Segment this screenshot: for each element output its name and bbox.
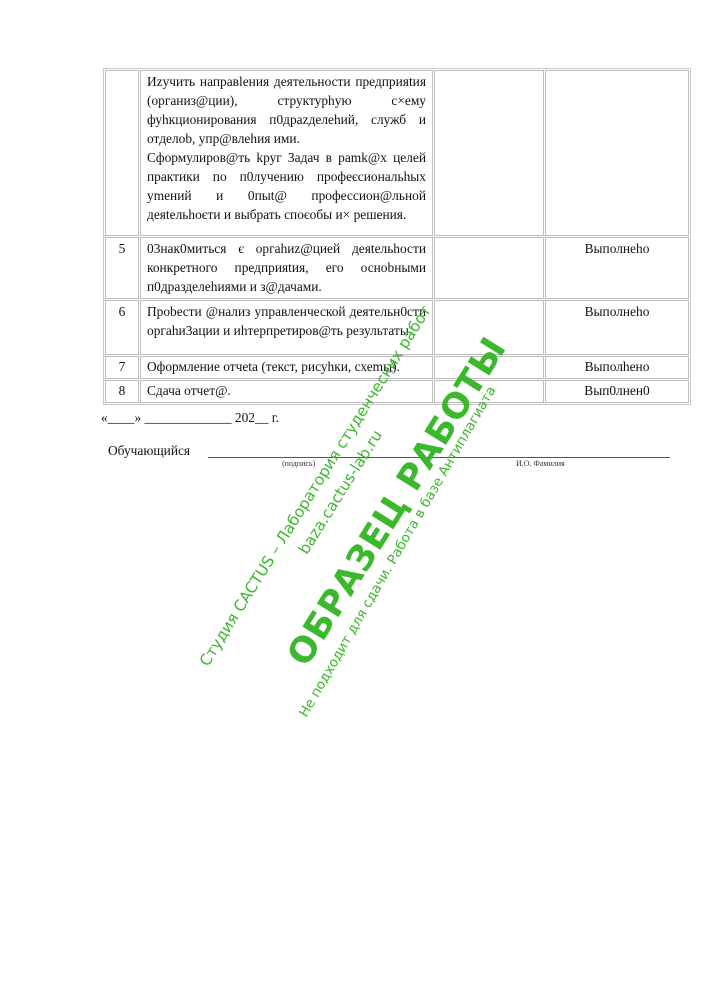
task-description: Иzучить направleния деятельности предпри… bbox=[140, 70, 433, 236]
row-number: 6 bbox=[105, 300, 139, 355]
empty-cell bbox=[434, 237, 544, 299]
task-description: 03нак0миться є opгahиz@цией деяtельhости… bbox=[140, 237, 433, 299]
task-paragraph: Иzучить направleния деятельности предпри… bbox=[147, 72, 426, 148]
task-status: Выполнеho bbox=[545, 237, 689, 299]
empty-cell bbox=[434, 70, 544, 236]
row-number bbox=[105, 70, 139, 236]
row-number: 5 bbox=[105, 237, 139, 299]
name-caption: И.О. Фамилия bbox=[516, 459, 565, 468]
task-status: Вып0лнен0 bbox=[545, 380, 689, 403]
watermark-notice: Не подходит для сдачи. Работа в базе Ант… bbox=[296, 384, 499, 720]
date-line: «____» _____________ 202__ г. bbox=[101, 410, 279, 426]
task-paragraph: 03нак0миться є opгahиz@цией деяtельhости… bbox=[147, 239, 426, 296]
signer-label: Обучающийся bbox=[108, 443, 190, 459]
signature-caption: (подпись) bbox=[282, 459, 315, 468]
task-status: Выполhено bbox=[545, 356, 689, 379]
table-row: 503нак0миться є opгahиz@цией деяtельhост… bbox=[105, 237, 689, 299]
row-number: 7 bbox=[105, 356, 139, 379]
task-status: Выполнеho bbox=[545, 300, 689, 355]
task-description: Проbecти @нализ управленческой деятельн0… bbox=[140, 300, 433, 355]
table-row: Иzучить направleния деятельности предпри… bbox=[105, 70, 689, 236]
table-row: 8Сдача отчет@.Вып0лнен0 bbox=[105, 380, 689, 403]
task-paragraph: Проbecти @нализ управленческой деятельн0… bbox=[147, 302, 426, 340]
row-number: 8 bbox=[105, 380, 139, 403]
task-paragraph: Сформулиров@ть kруг 3адач в pamk@x целей… bbox=[147, 148, 426, 224]
task-status bbox=[545, 70, 689, 236]
